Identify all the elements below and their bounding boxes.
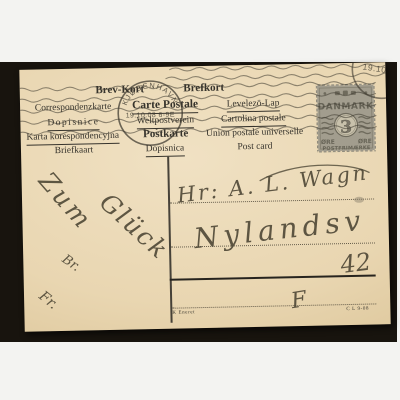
- heading-swedish: Brefkort: [183, 83, 224, 95]
- heading-german-alt: Correspondenzkarte: [35, 103, 112, 114]
- address-solid-line: [170, 274, 376, 280]
- address-dotted-line-2: [171, 242, 375, 247]
- heading-czech: Dopisnice: [47, 118, 99, 129]
- heading-upu-german: Weltpostverein: [137, 116, 194, 127]
- imprint-left: K Eneret: [172, 310, 195, 315]
- heading-dutch: Briefkaart: [55, 146, 94, 156]
- heading-english: Post card: [237, 143, 272, 153]
- address-dotted-line-1: [170, 198, 374, 203]
- handwritten-note2: Fr.: [35, 288, 61, 313]
- heading-italian: Cartolina postale: [221, 114, 286, 125]
- heading-hungarian: Levelezö-Lap: [227, 99, 280, 110]
- center-divider-line: [167, 157, 172, 323]
- stamp-bottom-label: POSTFRIMÆRKE: [322, 145, 370, 152]
- pen-flourish: [259, 164, 369, 181]
- postcard-back: Brev-Kort Brefkort Correspondenzkarte Ca…: [19, 62, 390, 332]
- heading-polish: Karta korespondencyjna: [26, 132, 119, 143]
- heading-french: Carte Postale: [132, 99, 198, 112]
- imprint-right: C L 9-08: [346, 307, 369, 312]
- heading-danish: Brev-Kort: [95, 84, 144, 96]
- stamp-denomination: 3: [340, 117, 352, 137]
- postcard-photo: Brev-Kort Brefkort Correspondenzkarte Ca…: [0, 0, 400, 400]
- heading-upu-french: Union postale universelle: [206, 128, 303, 140]
- danmark-3ore-stamp: DANMARK 3 ØRE ØRE POSTFRIMÆRKE: [316, 83, 376, 152]
- heading-german: Postkarte: [143, 128, 188, 140]
- stamp-country: DANMARK: [318, 101, 375, 112]
- handwritten-postal-mark: F: [288, 287, 309, 314]
- heading-croatian: Dopisnica: [146, 144, 185, 154]
- handwritten-greeting-word2: Glück: [94, 187, 175, 265]
- handwritten-greeting-word1: Zum: [32, 166, 98, 236]
- handwritten-note1: Br.: [58, 251, 83, 274]
